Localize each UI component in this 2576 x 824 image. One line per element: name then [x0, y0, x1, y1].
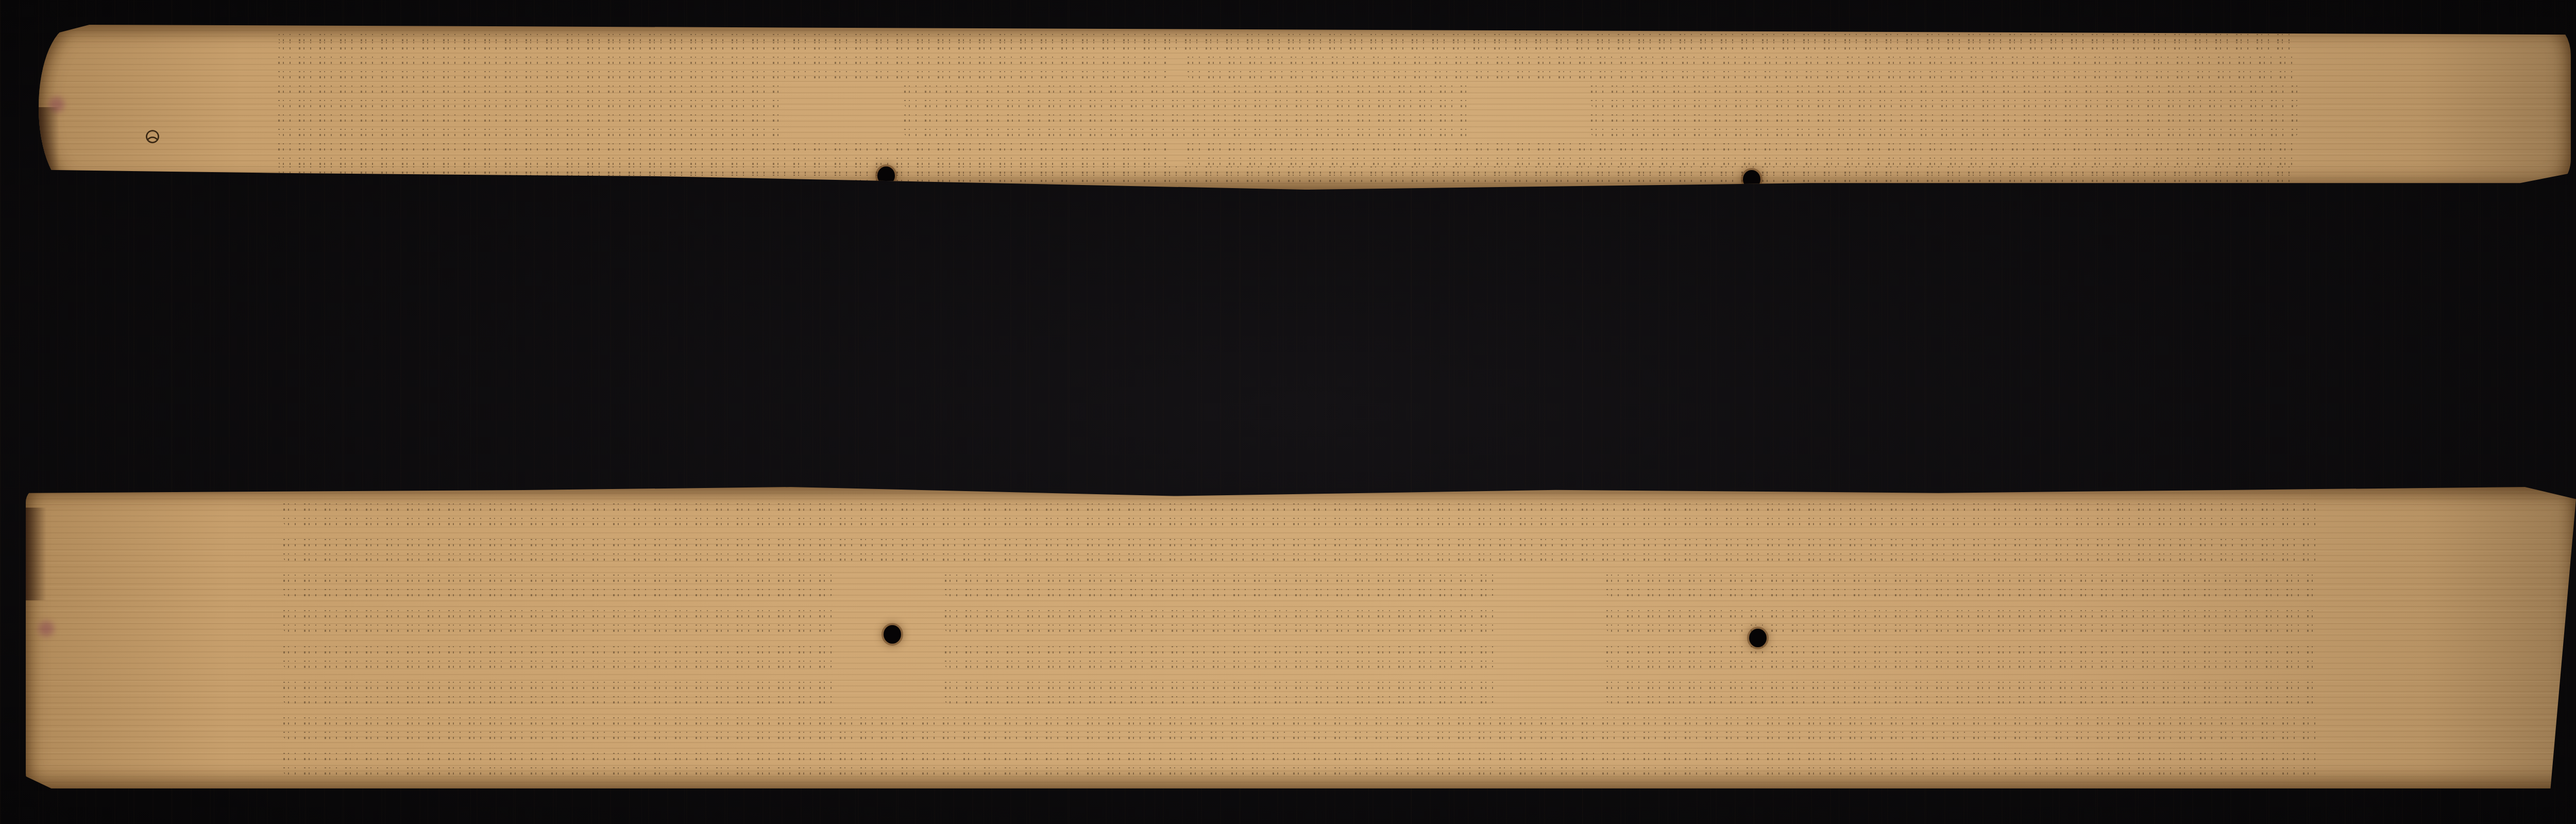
script-line-split: [283, 675, 2318, 703]
script-line: [283, 639, 833, 668]
script-line: [278, 165, 2298, 174]
script-line-split: [278, 78, 2298, 107]
script-line: [945, 567, 1495, 596]
script-line-split: [283, 567, 2318, 596]
script-line: [945, 675, 1495, 703]
manuscript-text-block: [283, 496, 2318, 775]
string-hole-right: [1749, 629, 1767, 647]
script-line: [1606, 603, 2319, 632]
script-line: [1606, 567, 2319, 596]
script-line: [904, 78, 1470, 107]
script-line: [283, 567, 833, 596]
script-line: [945, 603, 1495, 632]
script-line: [1188, 49, 2298, 78]
script-line-split: [283, 603, 2318, 632]
string-hole-left: [884, 625, 901, 644]
script-line-split: [278, 107, 2298, 136]
script-line: [283, 496, 2318, 525]
script-line: [278, 32, 2298, 41]
script-line-split: [278, 49, 2298, 78]
edge-damage: [39, 107, 59, 179]
script-line: [1591, 78, 2298, 107]
palm-leaf-top: ဓ: [39, 25, 2571, 190]
script-line: [278, 136, 1167, 165]
script-line: [1188, 136, 2298, 165]
script-line: [278, 107, 783, 136]
script-line: [904, 107, 1470, 136]
script-line: [1606, 639, 2319, 668]
manuscript-text-block: [278, 32, 2298, 182]
script-line: [278, 41, 2298, 50]
script-line: [283, 675, 833, 703]
leaf-number: ဓ: [144, 115, 161, 157]
script-line: [945, 639, 1495, 668]
script-line-split: [278, 136, 2298, 165]
script-line: [283, 710, 2318, 739]
script-line: [278, 78, 783, 107]
script-line: [1591, 107, 2298, 136]
script-line: [278, 49, 1167, 78]
script-line: [283, 603, 833, 632]
palm-leaf-bottom: [26, 487, 2576, 788]
script-line: [283, 746, 2318, 775]
script-line: [283, 532, 2318, 561]
script-line: [1606, 675, 2319, 703]
ink-stain: [39, 621, 54, 636]
script-line-split: [283, 639, 2318, 668]
edge-damage: [26, 508, 46, 600]
